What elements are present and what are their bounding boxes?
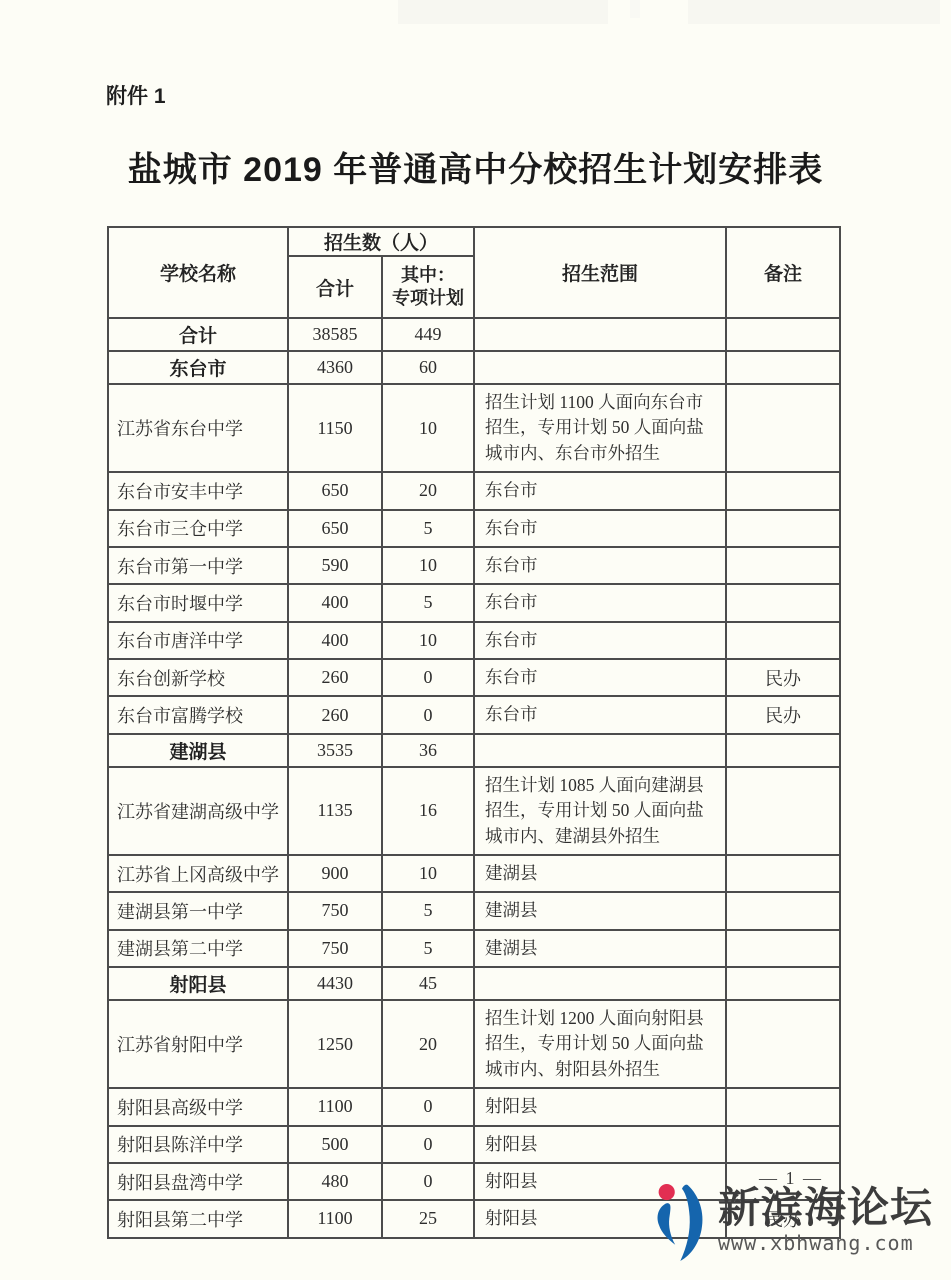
table-row: 建湖县第一中学 750 5 建湖县 <box>108 892 840 929</box>
cell-total: 750 <box>288 930 382 967</box>
table-row: 东台市安丰中学 650 20 东台市 <box>108 472 840 509</box>
cell-school-name: 东台市时堰中学 <box>108 584 288 621</box>
cell-school-name: 建湖县 <box>108 734 288 767</box>
header-school-name: 学校名称 <box>108 227 288 318</box>
cell-special-plan: 449 <box>382 318 474 351</box>
table-row: 江苏省建湖高级中学 1135 16 招生计划 1085 人面向建湖县招生，专用计… <box>108 767 840 855</box>
cell-special-plan: 10 <box>382 855 474 892</box>
cell-school-name: 东台市第一中学 <box>108 547 288 584</box>
cell-remark <box>726 892 840 929</box>
cell-special-plan: 0 <box>382 1163 474 1200</box>
cell-school-name: 射阳县陈洋中学 <box>108 1126 288 1163</box>
cell-total: 3535 <box>288 734 382 767</box>
cell-special-plan: 10 <box>382 547 474 584</box>
cell-remark <box>726 318 840 351</box>
table-row: 建湖县第二中学 750 5 建湖县 <box>108 930 840 967</box>
page-title: 盐城市 2019 年普通高中分校招生计划安排表 <box>0 142 951 191</box>
cell-remark <box>726 1000 840 1088</box>
table-row: 东台市 4360 60 <box>108 351 840 384</box>
header-enrollment-scope: 招生范围 <box>474 227 726 318</box>
cell-special-plan: 5 <box>382 892 474 929</box>
cell-school-name: 射阳县 <box>108 967 288 1000</box>
scan-artifact <box>688 0 940 24</box>
cell-school-name: 建湖县第二中学 <box>108 930 288 967</box>
cell-total: 1100 <box>288 1088 382 1125</box>
cell-special-plan: 16 <box>382 767 474 855</box>
header-special-plan: 其中： 专项计划 <box>382 256 474 318</box>
scan-artifact <box>398 0 608 24</box>
table-row: 建湖县 3535 36 <box>108 734 840 767</box>
cell-school-name: 射阳县第二中学 <box>108 1200 288 1237</box>
cell-special-plan: 25 <box>382 1200 474 1237</box>
cell-special-plan: 20 <box>382 1000 474 1088</box>
forum-watermark: 新滨海论坛 www.xbhwang.com <box>648 1176 933 1266</box>
table-row: 江苏省射阳中学 1250 20 招生计划 1200 人面向射阳县招生，专用计划 … <box>108 1000 840 1088</box>
cell-school-name: 江苏省东台中学 <box>108 384 288 472</box>
cell-scope: 建湖县 <box>474 855 726 892</box>
cell-total: 480 <box>288 1163 382 1200</box>
cell-school-name: 东台创新学校 <box>108 659 288 696</box>
cell-remark <box>726 384 840 472</box>
cell-remark <box>726 767 840 855</box>
cell-total: 1250 <box>288 1000 382 1088</box>
cell-school-name: 合计 <box>108 318 288 351</box>
cell-scope <box>474 734 726 767</box>
forum-url: www.xbhwang.com <box>718 1231 933 1255</box>
cell-total: 1150 <box>288 384 382 472</box>
cell-total: 1100 <box>288 1200 382 1237</box>
cell-remark: 民办 <box>726 659 840 696</box>
cell-total: 590 <box>288 547 382 584</box>
cell-special-plan: 10 <box>382 622 474 659</box>
cell-total: 900 <box>288 855 382 892</box>
cell-remark <box>726 472 840 509</box>
cell-scope: 建湖县 <box>474 892 726 929</box>
cell-remark <box>726 622 840 659</box>
table-row: 江苏省上冈高级中学 900 10 建湖县 <box>108 855 840 892</box>
cell-total: 4360 <box>288 351 382 384</box>
cell-total: 38585 <box>288 318 382 351</box>
cell-total: 650 <box>288 472 382 509</box>
logo-dot <box>659 1184 675 1200</box>
cell-school-name: 东台市富腾学校 <box>108 696 288 733</box>
cell-special-plan: 20 <box>382 472 474 509</box>
cell-school-name: 建湖县第一中学 <box>108 892 288 929</box>
cell-special-plan: 10 <box>382 384 474 472</box>
cell-special-plan: 5 <box>382 510 474 547</box>
cell-remark <box>726 584 840 621</box>
cell-remark <box>726 930 840 967</box>
cell-remark <box>726 351 840 384</box>
cell-remark <box>726 855 840 892</box>
cell-scope <box>474 351 726 384</box>
enrollment-plan-table: 学校名称 招生数（人） 招生范围 备注 合计 其中： 专项计划 合计 38585… <box>107 226 841 1239</box>
table-row: 射阳县陈洋中学 500 0 射阳县 <box>108 1126 840 1163</box>
cell-total: 500 <box>288 1126 382 1163</box>
cell-scope: 招生计划 1200 人面向射阳县招生，专用计划 50 人面向盐城市内、射阳县外招… <box>474 1000 726 1088</box>
cell-total: 650 <box>288 510 382 547</box>
cell-special-plan: 45 <box>382 967 474 1000</box>
cell-special-plan: 0 <box>382 659 474 696</box>
cell-special-plan: 36 <box>382 734 474 767</box>
cell-school-name: 射阳县盘湾中学 <box>108 1163 288 1200</box>
cell-school-name: 东台市安丰中学 <box>108 472 288 509</box>
cell-special-plan: 0 <box>382 1088 474 1125</box>
table-header-row: 学校名称 招生数（人） 招生范围 备注 <box>108 227 840 256</box>
cell-total: 400 <box>288 622 382 659</box>
cell-school-name: 江苏省建湖高级中学 <box>108 767 288 855</box>
cell-scope <box>474 967 726 1000</box>
cell-total: 1135 <box>288 767 382 855</box>
cell-total: 400 <box>288 584 382 621</box>
table-row: 东台市第一中学 590 10 东台市 <box>108 547 840 584</box>
header-total: 合计 <box>288 256 382 318</box>
scan-artifact <box>630 0 640 18</box>
cell-special-plan: 5 <box>382 584 474 621</box>
forum-logo-icon <box>648 1176 716 1266</box>
cell-scope <box>474 318 726 351</box>
cell-total: 260 <box>288 696 382 733</box>
cell-total: 750 <box>288 892 382 929</box>
cell-school-name: 射阳县高级中学 <box>108 1088 288 1125</box>
cell-scope: 招生计划 1100 人面向东台市招生，专用计划 50 人面向盐城市内、东台市外招… <box>474 384 726 472</box>
logo-big-swoosh <box>680 1185 702 1261</box>
cell-remark <box>726 967 840 1000</box>
cell-school-name: 江苏省射阳中学 <box>108 1000 288 1088</box>
cell-scope: 东台市 <box>474 659 726 696</box>
cell-special-plan: 60 <box>382 351 474 384</box>
cell-remark: 民办 <box>726 696 840 733</box>
table-body: 合计 38585 449 东台市 4360 60 江苏省东台中学 1150 10… <box>108 318 840 1238</box>
cell-school-name: 东台市唐洋中学 <box>108 622 288 659</box>
cell-remark <box>726 1126 840 1163</box>
table-row: 射阳县高级中学 1100 0 射阳县 <box>108 1088 840 1125</box>
table-row: 射阳县 4430 45 <box>108 967 840 1000</box>
cell-total: 260 <box>288 659 382 696</box>
cell-scope: 东台市 <box>474 472 726 509</box>
cell-special-plan: 0 <box>382 1126 474 1163</box>
logo-small-swoosh <box>658 1203 676 1245</box>
cell-school-name: 江苏省上冈高级中学 <box>108 855 288 892</box>
cell-school-name: 东台市 <box>108 351 288 384</box>
watermark-text: 新滨海论坛 www.xbhwang.com <box>718 1186 933 1255</box>
cell-special-plan: 0 <box>382 696 474 733</box>
cell-scope: 东台市 <box>474 510 726 547</box>
table-row: 东台市富腾学校 260 0 东台市 民办 <box>108 696 840 733</box>
table-row: 合计 38585 449 <box>108 318 840 351</box>
cell-scope: 射阳县 <box>474 1088 726 1125</box>
cell-remark <box>726 734 840 767</box>
cell-school-name: 东台市三仓中学 <box>108 510 288 547</box>
table-row: 东台市三仓中学 650 5 东台市 <box>108 510 840 547</box>
scanned-document-page: 附件 1 盐城市 2019 年普通高中分校招生计划安排表 学校名称 招生数（人）… <box>0 0 951 1280</box>
cell-scope: 东台市 <box>474 696 726 733</box>
forum-name: 新滨海论坛 <box>718 1186 933 1230</box>
header-remarks: 备注 <box>726 227 840 318</box>
cell-scope: 招生计划 1085 人面向建湖县招生，专用计划 50 人面向盐城市内、建湖县外招… <box>474 767 726 855</box>
cell-remark <box>726 547 840 584</box>
cell-remark <box>726 1088 840 1125</box>
attachment-label: 附件 1 <box>106 80 166 110</box>
cell-scope: 射阳县 <box>474 1126 726 1163</box>
cell-special-plan: 5 <box>382 930 474 967</box>
cell-total: 4430 <box>288 967 382 1000</box>
table-row: 东台创新学校 260 0 东台市 民办 <box>108 659 840 696</box>
cell-scope: 东台市 <box>474 547 726 584</box>
table-row: 东台市时堰中学 400 5 东台市 <box>108 584 840 621</box>
cell-scope: 东台市 <box>474 622 726 659</box>
cell-remark <box>726 510 840 547</box>
table-row: 东台市唐洋中学 400 10 东台市 <box>108 622 840 659</box>
table-row: 江苏省东台中学 1150 10 招生计划 1100 人面向东台市招生，专用计划 … <box>108 384 840 472</box>
header-enrollment-group: 招生数（人） <box>288 227 474 256</box>
cell-scope: 建湖县 <box>474 930 726 967</box>
cell-scope: 东台市 <box>474 584 726 621</box>
